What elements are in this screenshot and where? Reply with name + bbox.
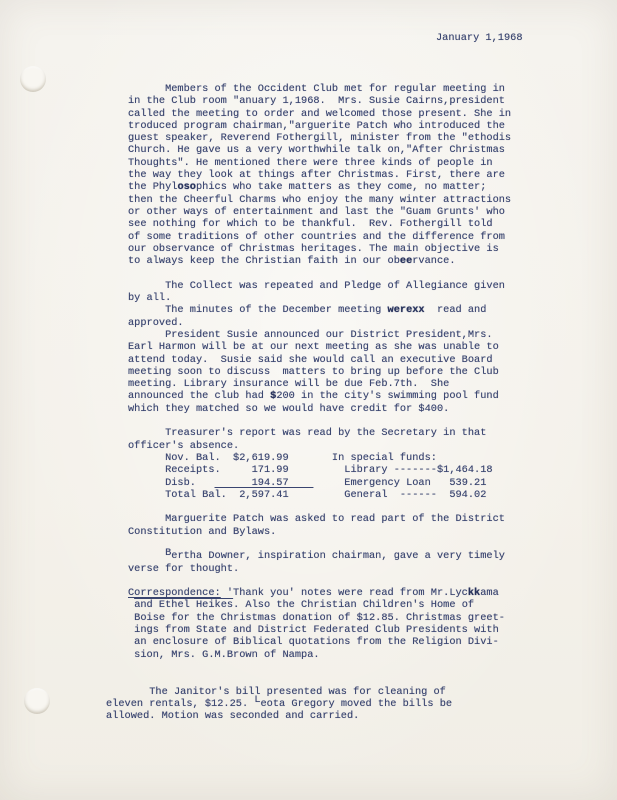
text-segment: ee bbox=[400, 255, 412, 267]
text-segment: phics who take matters as they come, no … bbox=[196, 181, 486, 193]
text-line: the Phylosophics who take matters as the… bbox=[128, 181, 511, 193]
text-segment: oso bbox=[177, 181, 196, 193]
text-line: attend today. Susie said she would call … bbox=[128, 354, 511, 366]
text-segment: ertha Downer, inspiration chairman, gave… bbox=[171, 550, 505, 562]
text-line: guest speaker, Reverend Fothergill, mini… bbox=[128, 132, 511, 144]
text-segment: the Phyl bbox=[128, 181, 177, 193]
text-line: Members of the Occident Club met for reg… bbox=[128, 83, 511, 95]
text-line: see nothing for which to be thankful. Re… bbox=[128, 218, 511, 230]
text-segment: eota Gregory moved the bills be bbox=[261, 698, 453, 710]
text-line: meeting. Library insurance will be due F… bbox=[128, 378, 511, 390]
text-segment: The minutes of the December meeting bbox=[128, 304, 388, 316]
text-segment: ama bbox=[480, 587, 499, 599]
scanned-document-page: January 1,1968 Members of the Occident C… bbox=[0, 0, 617, 800]
text-line: Treasurer's report was read by the Secre… bbox=[128, 427, 511, 439]
text-line: Marguerite Patch was asked to read part … bbox=[128, 513, 511, 525]
document-body: Members of the Occident Club met for reg… bbox=[128, 83, 511, 722]
text-segment: and Ethel Heikes bbox=[134, 599, 233, 611]
text-line bbox=[128, 501, 511, 513]
text-line: which they matched so we would have cred… bbox=[128, 403, 511, 415]
text-segment: werexx bbox=[388, 304, 425, 316]
text-segment: to always keep the Christian faith in ou… bbox=[128, 255, 400, 267]
text-segment: 194.57 bbox=[215, 477, 314, 489]
text-line: ings from State and District Federated C… bbox=[128, 624, 511, 636]
text-line: or other ways of entertainment and last … bbox=[128, 206, 511, 218]
text-segment: . Also the Christian Children's Home of bbox=[233, 599, 474, 611]
text-line: by all. bbox=[128, 292, 511, 304]
text-segment: read and bbox=[425, 304, 487, 316]
text-line: allowed. Motion was seconded and carried… bbox=[106, 710, 511, 722]
text-line: announced the club had $200 in the city'… bbox=[128, 390, 511, 402]
text-segment: Correspondence: bbox=[128, 587, 221, 599]
text-line: The Collect was repeated and Pledge of A… bbox=[128, 280, 511, 292]
text-line: troduced program chairman,"arguerite Pat… bbox=[128, 120, 511, 132]
text-segment: Disb. bbox=[128, 477, 215, 489]
text-line: eleven rentals, $12.25. Leota Gregory mo… bbox=[106, 698, 511, 710]
text-line: Earl Harmon will be at our next meeting … bbox=[128, 341, 511, 353]
text-segment: eleven rentals, $12.25. bbox=[106, 698, 254, 710]
text-line: Bertha Downer, inspiration chairman, gav… bbox=[128, 550, 511, 562]
text-line: Church. He gave us a very worthwhile tal… bbox=[128, 144, 511, 156]
text-line: Total Bal. 2,597.41 General ------ 594.0… bbox=[128, 489, 511, 501]
text-line: Disb. 194.57 Emergency Loan 539.21 bbox=[128, 477, 511, 489]
text-line: Nov. Bal. $2,619.99 In special funds: bbox=[128, 452, 511, 464]
text-segment: allowed. Motion was seconded and carried… bbox=[106, 710, 359, 722]
text-segment: The Janitor's bill presented was for cle… bbox=[106, 686, 446, 698]
text-line: an enclosure of Biblical quotations from… bbox=[128, 636, 511, 648]
text-segment: rvance. bbox=[412, 255, 455, 267]
document-date: January 1,1968 bbox=[436, 32, 523, 44]
text-line: The minutes of the December meeting were… bbox=[128, 304, 511, 316]
text-segment: Emergency Loan 539.21 bbox=[313, 477, 486, 489]
text-segment: 'Thank you' notes were read from Mr.Lyc bbox=[221, 587, 468, 599]
text-line: Correspondence: 'Thank you' notes were r… bbox=[128, 587, 511, 599]
text-line: approved. bbox=[128, 317, 511, 329]
text-line bbox=[128, 673, 511, 685]
punch-hole-top bbox=[20, 66, 46, 92]
text-line: officer's absence. bbox=[128, 440, 511, 452]
punch-hole-bottom bbox=[24, 688, 50, 714]
text-line bbox=[128, 267, 511, 279]
text-line: Boise for the Christmas donation of $12.… bbox=[128, 612, 511, 624]
text-segment: B bbox=[165, 547, 171, 559]
text-segment: announced the club had bbox=[128, 390, 270, 402]
text-line: to always keep the Christian faith in ou… bbox=[128, 255, 511, 267]
text-line: verse for thought. bbox=[128, 563, 511, 575]
text-line: and Ethel Heikes. Also the Christian Chi… bbox=[128, 599, 511, 611]
text-line bbox=[128, 538, 511, 550]
text-segment bbox=[128, 550, 165, 562]
text-line: sion, Mrs. G.M.Brown of Nampa. bbox=[128, 649, 511, 661]
text-line bbox=[128, 661, 511, 673]
text-line: The Janitor's bill presented was for cle… bbox=[106, 686, 511, 698]
text-line bbox=[128, 415, 511, 427]
text-segment: 200 in the city's swimming pool fund bbox=[276, 390, 498, 402]
text-segment: kk bbox=[468, 587, 480, 599]
text-segment: L bbox=[254, 694, 260, 706]
text-line: our observance of Christmas heritages. T… bbox=[128, 243, 511, 255]
text-line: called the meeting to order and welcomed… bbox=[128, 108, 511, 120]
text-line bbox=[128, 575, 511, 587]
text-line: then the Cheerful Charms who enjoy the m… bbox=[128, 194, 511, 206]
text-line: the way they look at things after Christ… bbox=[128, 169, 511, 181]
text-line: President Susie announced our District P… bbox=[128, 329, 511, 341]
text-line: Constitution and Bylaws. bbox=[128, 526, 511, 538]
text-line: Receipts. 171.99 Library -------$1,464.1… bbox=[128, 464, 511, 476]
text-line: Thoughts". He mentioned there were three… bbox=[128, 157, 511, 169]
text-line: of some traditions of other countries an… bbox=[128, 231, 511, 243]
text-line: in the Club room "anuary 1,1968. Mrs. Su… bbox=[128, 95, 511, 107]
text-line: meeting soon to discuss matters to bring… bbox=[128, 366, 511, 378]
